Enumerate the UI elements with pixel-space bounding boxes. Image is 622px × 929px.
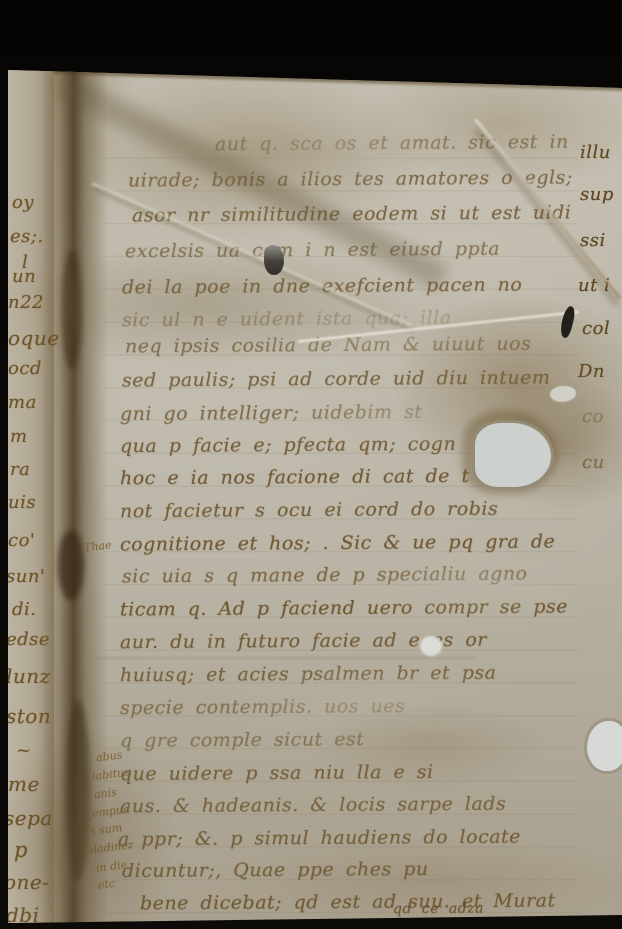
manuscript-line: aut q. sca os et amat. sic est in	[215, 131, 569, 155]
left-fragment: lunz	[6, 664, 51, 688]
left-fragment: ra	[10, 459, 30, 480]
left-fragment: m	[10, 426, 28, 447]
left-fragment: sepa	[4, 806, 53, 830]
manuscript-line: dicuntur;, Quae ppe ches pu	[122, 858, 429, 882]
gutter-stain	[62, 250, 82, 370]
gutter-stain	[58, 530, 84, 600]
left-fragment: n22	[8, 292, 44, 313]
parchment-page: aut q. sca os et amat. sic est in uirade…	[0, 0, 622, 929]
right-fragment: col	[582, 318, 610, 339]
left-fragment: sun'	[6, 566, 45, 587]
left-fragment: ma	[8, 392, 37, 413]
right-fragment: co	[582, 406, 604, 427]
manuscript-line: a ppr; &. p simul haudiens do locate	[118, 826, 521, 851]
manuscript-line: q gre comple sicut est	[120, 728, 365, 752]
manuscript-line: excelsis ua com i n est eiusd ppta	[125, 238, 500, 263]
manuscript-line: que uidere p ssa niu lla e si	[120, 761, 434, 785]
manuscript-line: dei la poe in dne exefcient pacen no	[122, 274, 522, 299]
gutter-stain	[66, 700, 90, 880]
manuscript-line: aus. & hadeanis. & locis sarpe lads	[120, 793, 506, 818]
right-fragment: ssi	[580, 230, 606, 251]
manuscript-line: aur. du in futuro facie ad e es or	[120, 629, 487, 654]
right-fragment: illu	[580, 142, 611, 163]
manuscript-line-subscript: qd ce adza	[393, 901, 484, 918]
manuscript-line: cognitione et hos; . Sic & ue pq gra de	[120, 530, 555, 555]
manuscript-line: sed paulis; psi ad corde uid diu intuem	[122, 367, 551, 392]
manuscript-line: not facietur s ocu ei cord do robis	[120, 498, 498, 523]
parchment-hole-right	[584, 718, 622, 774]
margin-gloss-line: anis	[93, 786, 117, 802]
manuscript-line: qua p facie e; pfecta qm; cogn	[120, 433, 456, 457]
left-fragment: edse	[6, 629, 50, 650]
left-fragment: ~	[16, 740, 32, 761]
right-fragment: ut i	[578, 275, 610, 296]
right-fragment: Dn	[578, 361, 605, 382]
left-fragment: oy	[12, 192, 34, 213]
manuscript-line: bene dicebat; qd est ad suu. et Murat	[140, 890, 556, 915]
left-fragment: uis	[8, 492, 36, 513]
left-fragment: ocd	[8, 358, 42, 379]
left-fragment: un	[12, 266, 36, 287]
manuscript-line: asor nr similitudine eodem si ut est uid…	[132, 201, 572, 226]
manuscript-line: ticam q. Ad p faciend uero compr se pse	[120, 595, 568, 620]
manuscript-line: specie contemplis. uos ues	[120, 695, 405, 719]
manuscript-line: sic uia s q mane de p specialiu agno	[122, 563, 528, 588]
manuscript-line: uirade; bonis a ilios tes amatores o egl…	[128, 166, 573, 191]
left-fragment: one-	[4, 870, 50, 894]
left-fragment: co'	[8, 530, 35, 551]
left-fragment: di.	[12, 599, 37, 620]
right-fragment: cu	[582, 452, 605, 473]
right-fragment: sup	[580, 184, 614, 205]
manuscript-line: sic ul n e uident ista qua; illa	[122, 307, 452, 331]
manuscript-photograph: aut q. sca os et amat. sic est in uirade…	[0, 0, 622, 929]
left-fragment: ston	[6, 704, 51, 728]
left-fragment: es;.	[10, 226, 44, 247]
margin-gloss-line: etc	[97, 877, 116, 892]
left-fragment: oque	[8, 326, 60, 350]
left-fragment: p	[14, 838, 28, 862]
left-fragment: dbi	[6, 903, 40, 927]
manuscript-line: huiusq; et acies psalmen br et psa	[120, 662, 497, 687]
manuscript-line: hoc e ia nos facione di cat de t st	[120, 465, 500, 490]
manuscript-line: neq ipsis cosilia de Nam & uiuut uos	[125, 333, 531, 358]
manuscript-line: gni go intelliger; uidebim st	[120, 401, 423, 425]
left-fragment: me	[8, 772, 40, 796]
